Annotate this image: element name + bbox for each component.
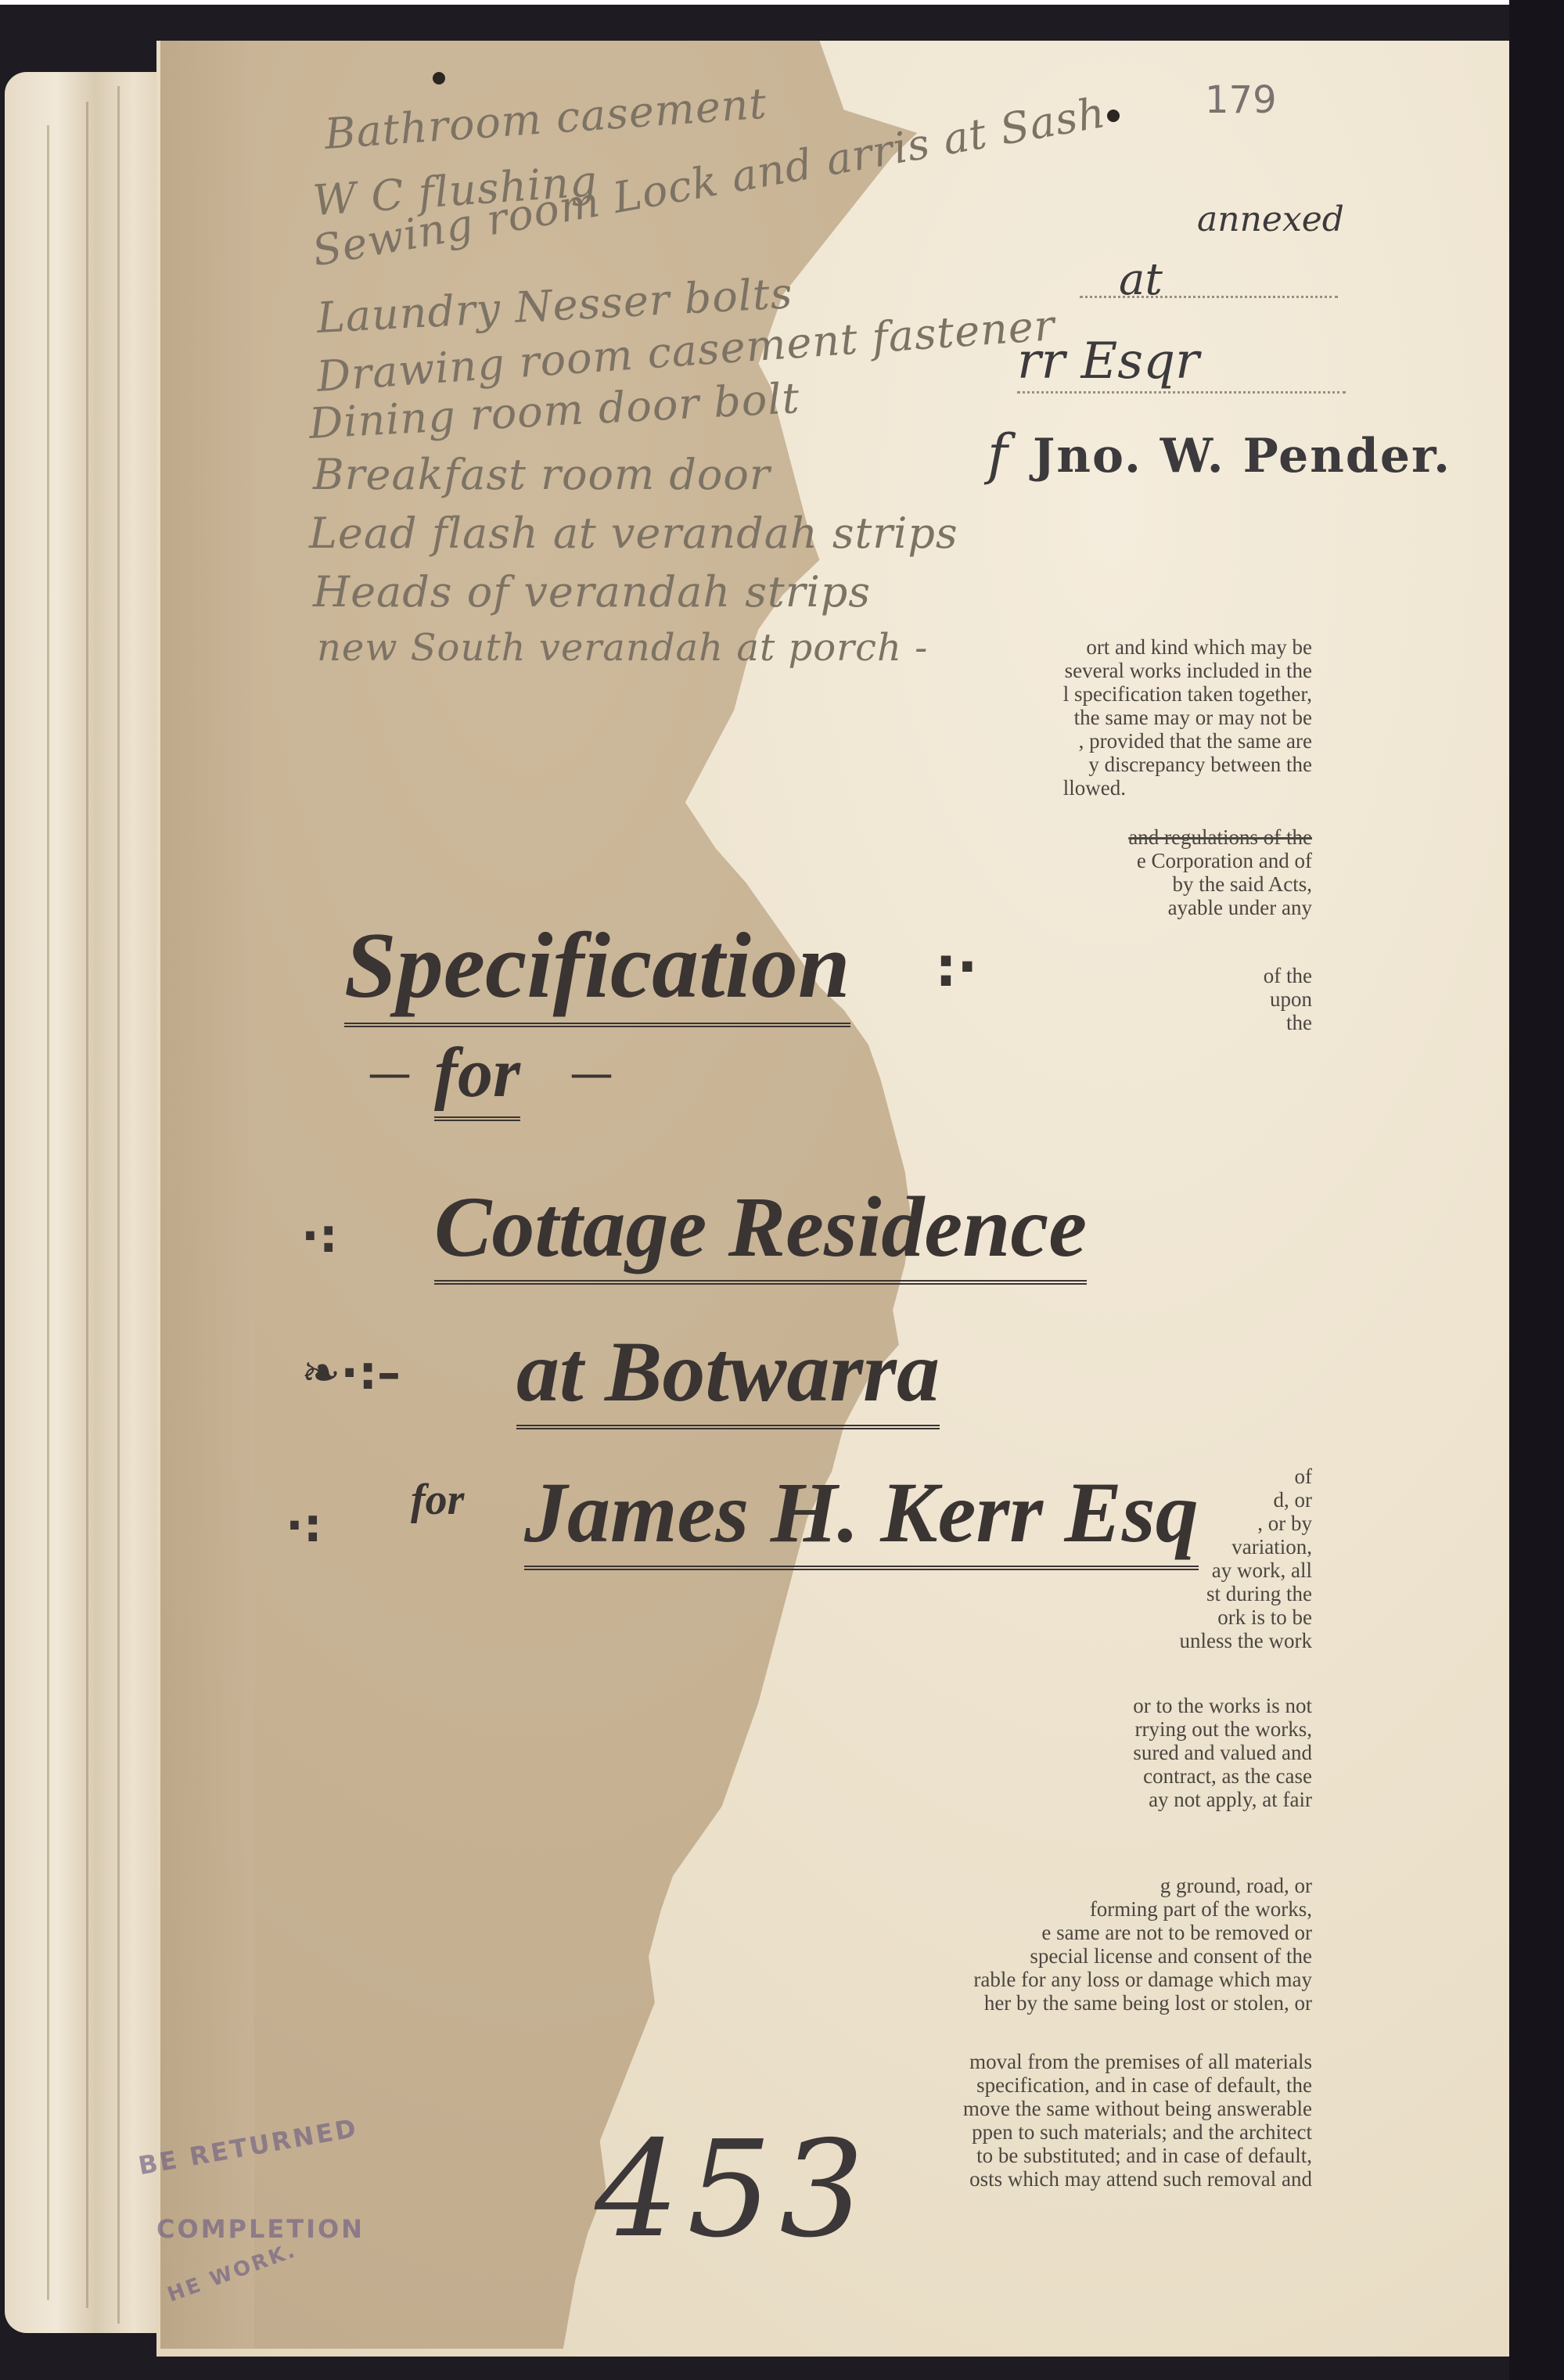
title-location: at Botwarra	[516, 1322, 940, 1429]
binding-hole	[1107, 110, 1120, 122]
title-specification: Specification	[344, 911, 850, 1027]
print-paragraph-1: ort and kind which may be several works …	[1063, 635, 1312, 800]
print-paragraph-7: moval from the premises of all materials…	[963, 2050, 1312, 2191]
print-paragraph-3: of the upon the	[1264, 964, 1312, 1034]
page-edge-line	[86, 102, 88, 2308]
pencil-note: Lead flash at verandah strips	[309, 509, 958, 558]
print-paragraph-4: of d, or , or by variation, ay work, all…	[1180, 1465, 1312, 1652]
pencil-note: new South verandah at porch -	[317, 626, 928, 670]
background-strip	[1509, 0, 1564, 2380]
title-client: James H. Kerr Esq	[524, 1463, 1199, 1570]
folio-number: 179	[1205, 78, 1277, 122]
pencil-note: Breakfast room door	[313, 450, 771, 499]
top-border	[0, 0, 1564, 5]
form-dotted-line	[1017, 391, 1346, 394]
architect-prefix: f	[987, 422, 1008, 487]
title-for-small: for	[411, 1475, 464, 1525]
title-dash: —	[570, 1048, 613, 1099]
title-ornament: ·:	[301, 1209, 338, 1264]
annexed-word: annexed	[1197, 200, 1344, 239]
architect-name: Jno. W. Pender.	[1033, 429, 1451, 484]
title-dash: —	[368, 1048, 412, 1099]
cover-spine-edge	[160, 41, 254, 2349]
print-paragraph-2: and regulations of the e Corporation and…	[1128, 825, 1312, 919]
title-ornament: ❧·:–	[301, 1346, 401, 1400]
pencil-note: Heads of verandah strips	[313, 567, 871, 617]
binding-hole	[433, 72, 445, 84]
page-edge-line	[47, 125, 49, 2300]
title-cottage-residence: Cottage Residence	[434, 1177, 1087, 1285]
print-paragraph-6: g ground, road, or forming part of the w…	[973, 1874, 1312, 2015]
title-ornament: ·:	[286, 1498, 322, 1553]
page-edge-line	[117, 86, 120, 2324]
title-ornament: :·	[935, 935, 978, 999]
print-paragraph-5: or to the works is not rrying out the wo…	[1133, 1694, 1312, 1811]
catalogue-number: 453	[595, 2112, 872, 2267]
return-stamp-line: COMPLETION	[156, 2214, 365, 2244]
at-word: at	[1119, 254, 1163, 305]
title-for: for	[434, 1033, 520, 1121]
